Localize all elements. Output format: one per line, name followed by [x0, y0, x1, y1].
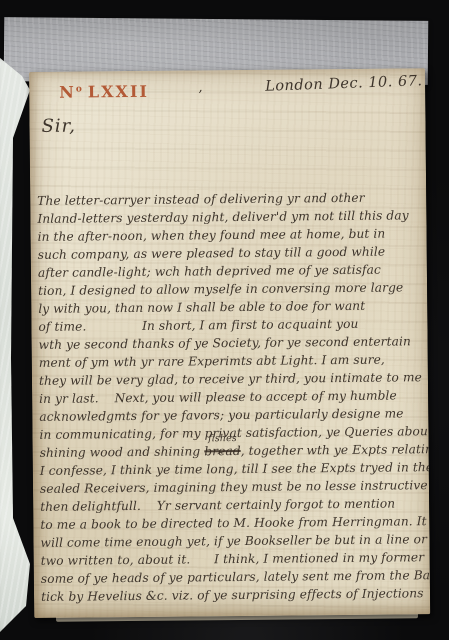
ink-mark: ’	[198, 88, 202, 103]
letter-body: The letter-carryer instead of delivering…	[37, 188, 430, 606]
caret-mark: ^	[216, 447, 224, 465]
body-line: tion, I designed to allow myselfe in con…	[38, 278, 427, 300]
catalog-number-numeral: LXXII	[88, 82, 149, 102]
photo-stage: NoLXXII ’ London Dec. 10. 67. Sir, The l…	[0, 0, 449, 640]
dateline: London Dec. 10. 67.	[264, 73, 422, 95]
body-line: tick by Hevelius &c. viz. of ye surprisi…	[41, 584, 430, 606]
insertion-point: breadfishes^	[204, 444, 241, 458]
catalog-number: NoLXXII	[59, 82, 149, 102]
insertion-line-pre: shining wood and shining	[40, 444, 205, 460]
inserted-word: fishes	[208, 434, 237, 443]
catalog-number-superscript: o	[76, 84, 82, 94]
catalog-number-prefix: N	[59, 83, 76, 102]
salutation: Sir,	[41, 116, 76, 137]
letter-page: NoLXXII ’ London Dec. 10. 67. Sir, The l…	[29, 68, 430, 618]
insertion-line-post: , together wth ye Expts relating thereto…	[241, 442, 431, 458]
